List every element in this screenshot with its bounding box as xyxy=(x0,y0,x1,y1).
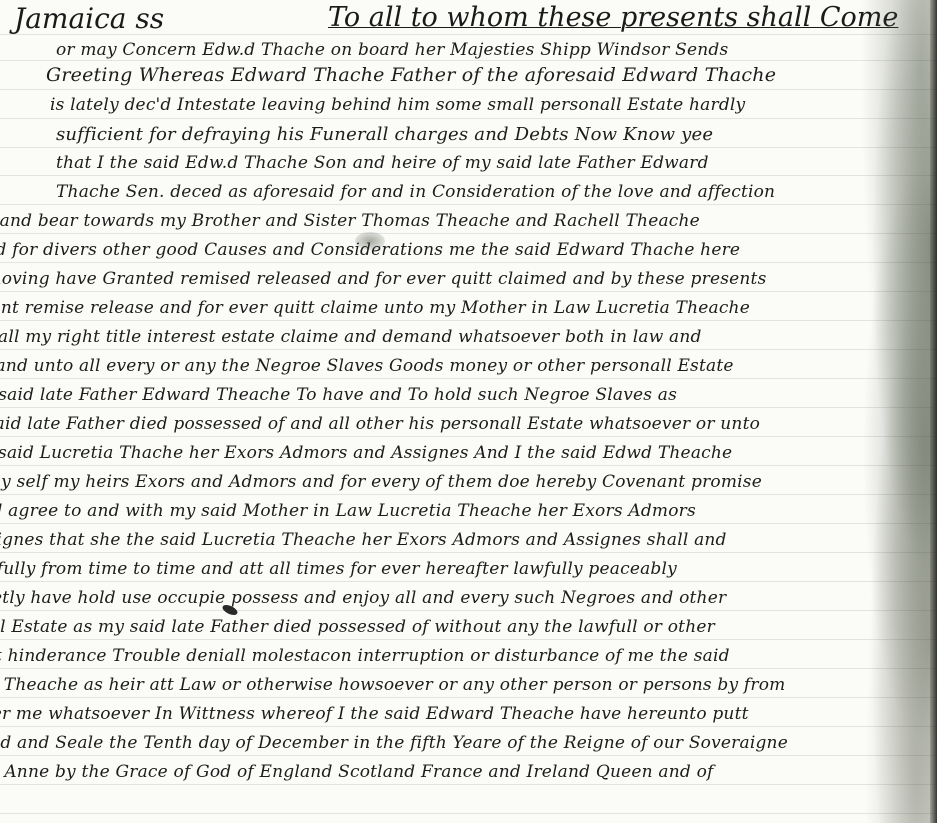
deed-line: Thache Sen. deced as aforesaid for and i… xyxy=(56,182,775,202)
ruled-line xyxy=(0,320,937,321)
ruled-line xyxy=(0,175,937,176)
ruled-line xyxy=(0,147,937,148)
page-edge-shadow xyxy=(930,0,937,823)
ruled-line xyxy=(0,465,937,466)
scanned-deed-page: Jamaica ss To all to whom these presents… xyxy=(0,0,937,823)
deed-line: my hand and Seale the Tenth day of Decem… xyxy=(0,733,788,753)
ruled-line xyxy=(0,668,937,669)
ruled-line xyxy=(0,60,937,61)
heading-salutation: To all to whom these presents shall Come xyxy=(328,2,898,33)
deed-line: or may Concern Edw.d Thache on board her… xyxy=(56,40,728,60)
deed-line: my said late Father died possessed of an… xyxy=(0,414,760,434)
ruled-line xyxy=(0,639,937,640)
deed-line: sufficient for defraying his Funerall ch… xyxy=(56,124,713,145)
deed-line: Lady Anne by the Grace of God of England… xyxy=(0,762,714,782)
deed-line: that I the said Edw.d Thache Son and hei… xyxy=(56,153,709,173)
deed-line: and agree to and with my said Mother in … xyxy=(0,501,696,521)
ruled-line xyxy=(0,494,937,495)
deed-line: Edward Theache as heir att Law or otherw… xyxy=(0,675,786,695)
deed-line: I have and bear towards my Brother and S… xyxy=(0,211,700,231)
deed-line: and Assignes that she the said Lucretia … xyxy=(0,530,727,550)
ruled-line xyxy=(0,118,937,119)
deed-line: all my right title interest estate claim… xyxy=(0,327,702,347)
ruled-line xyxy=(0,378,937,379)
ruled-line xyxy=(0,204,937,205)
deed-line: unto moving have Granted remised release… xyxy=(0,269,767,289)
ruled-line xyxy=(0,784,937,785)
stain-mark xyxy=(355,232,385,250)
page-edge-grime xyxy=(827,0,937,823)
ruled-line xyxy=(0,697,937,698)
deed-line: the said Lucretia Thache her Exors Admor… xyxy=(0,443,732,463)
deed-line: of my said late Father Edward Theache To… xyxy=(0,385,677,405)
deed-line: lett hinderance Trouble deniall molestac… xyxy=(0,646,730,666)
deed-line: or under me whatsoever In Wittness where… xyxy=(0,704,749,724)
ruled-line xyxy=(0,349,937,350)
ruled-line xyxy=(0,581,937,582)
deed-line: Greeting Whereas Edward Thache Father of… xyxy=(46,64,776,86)
deed-line: is lately dec'd Intestate leaving behind… xyxy=(50,95,745,115)
ruled-line xyxy=(0,726,937,727)
ruled-line xyxy=(0,523,937,524)
deed-line: may lawfully from time to time and att a… xyxy=(0,559,677,579)
deed-line: for my self my heirs Exors and Admors an… xyxy=(0,472,762,492)
ruled-line xyxy=(0,813,937,814)
ruled-line xyxy=(0,89,937,90)
deed-line: and quietly have hold use occupie posses… xyxy=(0,588,726,608)
ruled-line xyxy=(0,755,937,756)
deed-line: equity of in and unto all every or any t… xyxy=(0,356,734,376)
ruled-line xyxy=(0,552,937,553)
ruled-line xyxy=(0,610,937,611)
ruled-line xyxy=(0,233,937,234)
ruled-line xyxy=(0,436,937,437)
heading-jurisdiction: Jamaica ss xyxy=(14,2,164,35)
ruled-line xyxy=(0,291,937,292)
ruled-line xyxy=(0,262,937,263)
ruled-line xyxy=(0,407,937,408)
deed-line: do grant remise release and for ever qui… xyxy=(0,298,750,318)
deed-line: personall Estate as my said late Father … xyxy=(0,617,715,637)
